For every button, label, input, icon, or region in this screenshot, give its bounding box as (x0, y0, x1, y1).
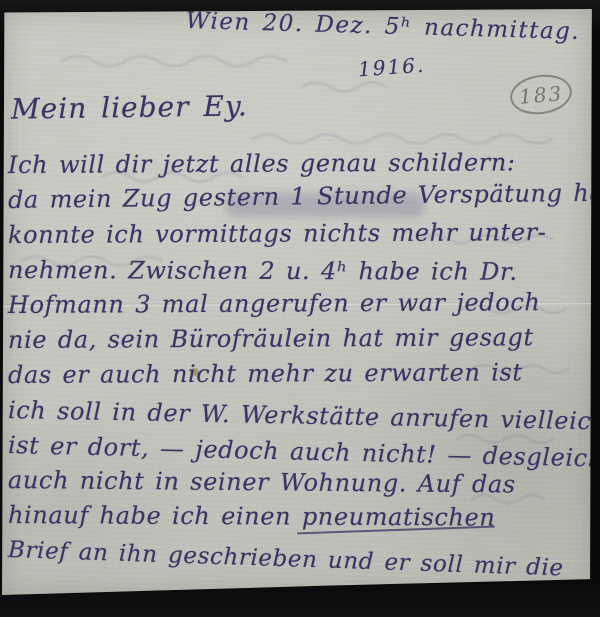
letter-line: konnte ich vormittags nichts mehr unter- (8, 215, 594, 253)
letter-line: hinauf habe ich einen pneumatischen (8, 498, 594, 536)
letter-line: da mein Zug gestern 1 Stunde Verspätung … (8, 176, 594, 218)
letter-dateline-year: 1916. (357, 53, 426, 82)
scanned-letter-photo: Wien 20. Dez. 5ʰ nachmittag. 1916. 183 M… (0, 0, 600, 617)
letter-line: Brief an ihn geschrieben und er soll mir… (7, 533, 594, 587)
letter-line: auch nicht in seiner Wohnung. Auf das (8, 463, 594, 503)
letter-salutation: Mein lieber Ey. (11, 89, 248, 125)
letter-body: Ich will dir jetzt alles genau schildern… (8, 148, 594, 568)
letter-line: das er auch nicht mehr zu erwarten ist (8, 355, 594, 393)
page-number: 183 (518, 81, 564, 109)
letter-line: Hofmann 3 mal angerufen er war jedoch (8, 285, 594, 323)
letter-dateline: Wien 20. Dez. 5ʰ nachmittag. (186, 8, 581, 45)
page-number-circle: 183 (508, 71, 575, 118)
letter-line: nie da, sein Bürofräulein hat mir gesagt (8, 320, 594, 358)
letter-paper: Wien 20. Dez. 5ʰ nachmittag. 1916. 183 M… (2, 9, 593, 595)
